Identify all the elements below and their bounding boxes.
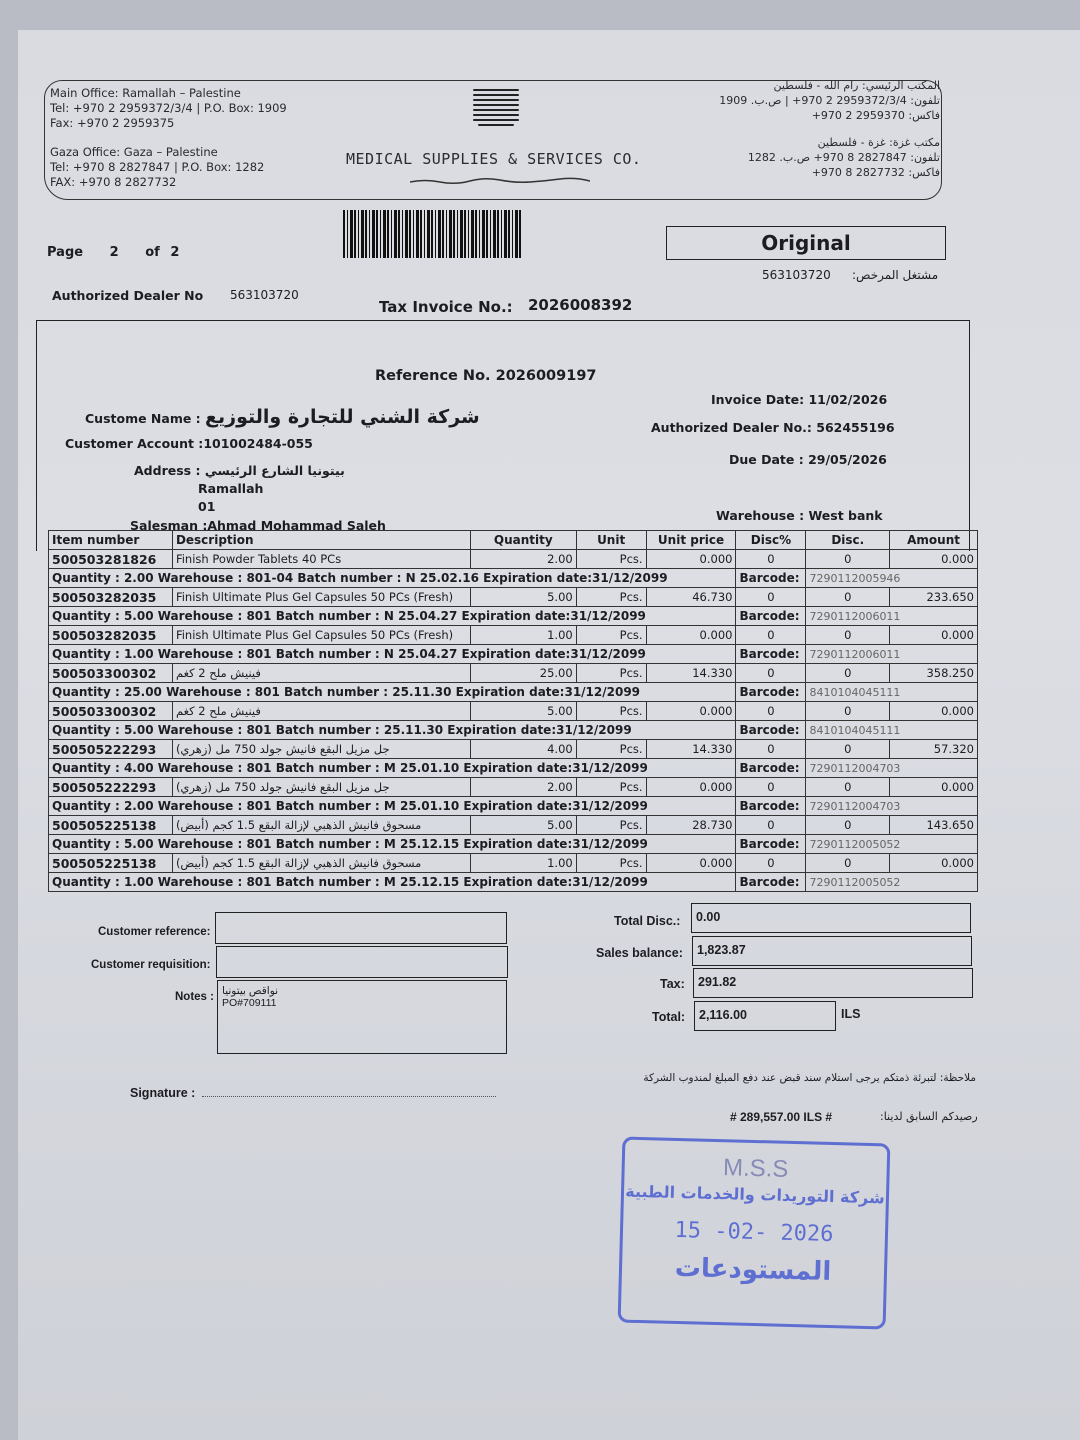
- address-label: Address :: [134, 463, 200, 478]
- column-header: Disc%: [736, 531, 806, 550]
- sales-balance-label: Sales balance:: [596, 946, 683, 960]
- gaza-fax-en: FAX: +970 8 2827732: [50, 175, 287, 190]
- stamp-abbr: M.S.S: [624, 1152, 887, 1187]
- item-unit-price: 0.000: [646, 854, 736, 873]
- item-unit: Pcs.: [576, 588, 646, 607]
- item-disc: 0: [806, 588, 890, 607]
- item-disc-pct: 0: [736, 816, 806, 835]
- item-number: 500505225138: [49, 816, 173, 835]
- tax-invoice-number: 2026008392: [528, 296, 632, 314]
- main-tel-ar: تلفون: 2959372/3/4 2 970+ | ص.ب. 1909: [680, 93, 940, 108]
- customer-account-row: Customer Account :101002484-055: [65, 436, 313, 451]
- table-row-meta: Quantity : 5.00 Warehouse : 801 Batch nu…: [49, 835, 978, 854]
- item-number: 500503300302: [49, 664, 173, 683]
- item-description: فينيش ملح 2 كغم: [172, 664, 470, 683]
- customer-requisition-field: [216, 946, 508, 978]
- item-disc: 0: [806, 626, 890, 645]
- barcode-label: Barcode:: [736, 607, 806, 626]
- table-row-meta: Quantity : 5.00 Warehouse : 801 Batch nu…: [49, 607, 978, 626]
- item-disc: 0: [806, 778, 890, 797]
- item-unit-price: 0.000: [646, 550, 736, 569]
- decorative-underline: [410, 176, 590, 186]
- letterhead-english: Main Office: Ramallah – Palestine Tel: +…: [50, 86, 287, 190]
- currency-label: ILS: [841, 1007, 860, 1021]
- item-barcode: 7290112005946: [806, 569, 978, 588]
- invoice-date-value: 11/02/2026: [808, 392, 887, 407]
- item-number: 500503282035: [49, 626, 173, 645]
- auth-dealer-row: Authorized Dealer No.: 562455196: [651, 420, 895, 435]
- item-unit-price: 14.330: [646, 740, 736, 759]
- table-row: 500503300302فينيش ملح 2 كغم25.00Pcs.14.3…: [49, 664, 978, 683]
- signature-line: [202, 1096, 496, 1097]
- item-barcode: 7290112005052: [806, 835, 978, 854]
- item-unit-price: 0.000: [646, 778, 736, 797]
- column-header: Quantity: [470, 531, 576, 550]
- stamp-company-ar: شركة التوريدات والخدمات الطبية: [624, 1182, 886, 1208]
- invoice-barcode: [343, 210, 523, 258]
- barcode-label: Barcode:: [736, 797, 806, 816]
- letterhead-arabic: المكتب الرئيسي: رام الله - فلسطين تلفون:…: [680, 78, 940, 180]
- address-line2: Ramallah: [198, 481, 263, 496]
- item-unit: Pcs.: [576, 550, 646, 569]
- address-row: Address : بيتونيا الشارع الرئيسي: [134, 463, 345, 478]
- item-batch-info: Quantity : 2.00 Warehouse : 801-04 Batch…: [49, 569, 736, 588]
- company-logo-icon: [473, 86, 519, 142]
- reference-number: Reference No. 2026009197: [375, 368, 597, 384]
- customer-requisition-label: Customer requisition:: [91, 959, 210, 971]
- item-disc: 0: [806, 702, 890, 721]
- page-current: 2: [110, 245, 119, 260]
- page-of-label: of: [145, 245, 160, 260]
- main-tel-en: Tel: +970 2 2959372/3/4 | P.O. Box: 1909: [50, 101, 287, 116]
- item-unit: Pcs.: [576, 816, 646, 835]
- notes-line1: نواقص بيتونيا: [222, 985, 502, 997]
- item-description: جل مزيل البقع فانيش جولد 750 مل (زهري): [172, 740, 470, 759]
- signature-label: Signature :: [130, 1086, 195, 1100]
- sales-balance-value: 1,823.87: [692, 936, 972, 966]
- item-disc: 0: [806, 550, 890, 569]
- licensed-dealer-value: 563103720: [762, 268, 831, 282]
- copy-type-badge: Original: [666, 226, 946, 260]
- item-number: 500503282035: [49, 588, 173, 607]
- gaza-office-ar: مكتب غزة: غزة - فلسطين: [680, 135, 940, 150]
- item-description: Finish Ultimate Plus Gel Capsules 50 PCs…: [172, 626, 470, 645]
- page-label: Page: [47, 245, 83, 260]
- item-unit-price: 28.730: [646, 816, 736, 835]
- item-unit: Pcs.: [576, 740, 646, 759]
- item-unit: Pcs.: [576, 702, 646, 721]
- invoice-date-label: Invoice Date:: [711, 392, 804, 407]
- item-disc: 0: [806, 664, 890, 683]
- item-quantity: 5.00: [470, 588, 576, 607]
- item-amount: 0.000: [890, 702, 978, 721]
- item-disc-pct: 0: [736, 702, 806, 721]
- item-unit: Pcs.: [576, 664, 646, 683]
- item-description: جل مزيل البقع فانيش جولد 750 مل (زهري): [172, 778, 470, 797]
- table-row: 500503282035Finish Ultimate Plus Gel Cap…: [49, 626, 978, 645]
- authorized-dealer-value: 563103720: [230, 288, 299, 302]
- item-disc: 0: [806, 854, 890, 873]
- item-barcode: 7290112004703: [806, 797, 978, 816]
- tax-invoice-label: Tax Invoice No.:: [379, 298, 513, 316]
- item-barcode: 7290112004703: [806, 759, 978, 778]
- item-description: مسحوق فانيش الذهبي لإزالة البقع 1.5 كجم …: [172, 816, 470, 835]
- item-disc-pct: 0: [736, 664, 806, 683]
- column-header: Disc.: [806, 531, 890, 550]
- page-total: 2: [170, 245, 179, 260]
- table-row-meta: Quantity : 4.00 Warehouse : 801 Batch nu…: [49, 759, 978, 778]
- item-number: 500503281826: [49, 550, 173, 569]
- item-quantity: 5.00: [470, 816, 576, 835]
- item-number: 500505225138: [49, 854, 173, 873]
- table-row: 500503282035Finish Ultimate Plus Gel Cap…: [49, 588, 978, 607]
- main-office-ar: المكتب الرئيسي: رام الله - فلسطين: [680, 78, 940, 93]
- item-quantity: 2.00: [470, 550, 576, 569]
- due-date-label: Due Date :: [729, 452, 804, 467]
- item-batch-info: Quantity : 5.00 Warehouse : 801 Batch nu…: [49, 835, 736, 854]
- notes-label: Notes :: [175, 991, 214, 1003]
- item-disc-pct: 0: [736, 854, 806, 873]
- customer-reference-field: [215, 912, 507, 944]
- table-header-row: Item numberDescriptionQuantityUnitUnit p…: [49, 531, 978, 550]
- item-description: فينيش ملح 2 كغم: [172, 702, 470, 721]
- notes-field: نواقص بيتونيا PO#709111: [217, 980, 507, 1054]
- item-barcode: 8410104045111: [806, 683, 978, 702]
- item-amount: 233.650: [890, 588, 978, 607]
- item-disc-pct: 0: [736, 588, 806, 607]
- item-disc-pct: 0: [736, 740, 806, 759]
- gaza-tel-ar: تلفون: 2827847 8 970+ ص.ب. 1282: [680, 150, 940, 165]
- item-description: Finish Ultimate Plus Gel Capsules 50 PCs…: [172, 588, 470, 607]
- item-amount: 0.000: [890, 778, 978, 797]
- table-row-meta: Quantity : 2.00 Warehouse : 801 Batch nu…: [49, 797, 978, 816]
- item-unit-price: 0.000: [646, 702, 736, 721]
- stamp-date: 15 -02- 2026: [623, 1217, 886, 1249]
- payment-notice-ar: ملاحظة: لتبرئة ذمتكم يرجى استلام سند قبض…: [640, 1072, 976, 1084]
- item-number: 500503300302: [49, 702, 173, 721]
- previous-balance-value: # 289,557.00 ILS #: [730, 1110, 832, 1124]
- item-number: 500505222293: [49, 778, 173, 797]
- item-batch-info: Quantity : 5.00 Warehouse : 801 Batch nu…: [49, 721, 736, 740]
- barcode-label: Barcode:: [736, 645, 806, 664]
- invoice-date-row: Invoice Date: 11/02/2026: [711, 392, 887, 407]
- barcode-label: Barcode:: [736, 835, 806, 854]
- due-date-value: 29/05/2026: [808, 452, 887, 467]
- item-quantity: 1.00: [470, 626, 576, 645]
- item-disc: 0: [806, 816, 890, 835]
- item-unit-price: 46.730: [646, 588, 736, 607]
- auth-dealer-value: 562455196: [816, 420, 894, 435]
- table-row: 500505222293جل مزيل البقع فانيش جولد 750…: [49, 740, 978, 759]
- item-batch-info: Quantity : 5.00 Warehouse : 801 Batch nu…: [49, 607, 736, 626]
- item-disc-pct: 0: [736, 550, 806, 569]
- barcode-label: Barcode:: [736, 873, 806, 892]
- barcode-label: Barcode:: [736, 569, 806, 588]
- authorized-dealer-label: Authorized Dealer No: [52, 288, 203, 303]
- tax-label: Tax:: [660, 977, 685, 991]
- item-unit: Pcs.: [576, 854, 646, 873]
- item-quantity: 4.00: [470, 740, 576, 759]
- gaza-fax-ar: فاكس: 2827732 8 970+: [680, 165, 940, 180]
- table-row-meta: Quantity : 5.00 Warehouse : 801 Batch nu…: [49, 721, 978, 740]
- customer-account-value: 101002484-055: [203, 436, 313, 451]
- warehouse-value: West bank: [808, 508, 882, 523]
- table-row-meta: Quantity : 1.00 Warehouse : 801 Batch nu…: [49, 873, 978, 892]
- item-quantity: 25.00: [470, 664, 576, 683]
- customer-reference-label: Customer reference:: [98, 926, 210, 938]
- table-row: 500503281826Finish Powder Tablets 40 PCs…: [49, 550, 978, 569]
- item-unit-price: 14.330: [646, 664, 736, 683]
- address-line3: 01: [198, 499, 215, 514]
- table-row: 500505225138مسحوق فانيش الذهبي لإزالة ال…: [49, 816, 978, 835]
- gaza-office-en: Gaza Office: Gaza – Palestine: [50, 145, 287, 160]
- item-quantity: 2.00: [470, 778, 576, 797]
- item-amount: 143.650: [890, 816, 978, 835]
- item-unit: Pcs.: [576, 626, 646, 645]
- main-fax-en: Fax: +970 2 2959375: [50, 116, 287, 131]
- customer-name-row: Custome Name : شركة الشني للتجارة والتوز…: [85, 406, 480, 428]
- item-batch-info: Quantity : 1.00 Warehouse : 801 Batch nu…: [49, 873, 736, 892]
- table-row: 500503300302فينيش ملح 2 كغم5.00Pcs.0.000…: [49, 702, 978, 721]
- reference-value: 2026009197: [496, 368, 597, 384]
- table-row-meta: Quantity : 25.00 Warehouse : 801 Batch n…: [49, 683, 978, 702]
- item-disc-pct: 0: [736, 626, 806, 645]
- item-quantity: 1.00: [470, 854, 576, 873]
- tax-value: 291.82: [693, 968, 973, 998]
- gaza-tel-en: Tel: +970 8 2827847 | P.O. Box: 1282: [50, 160, 287, 175]
- main-office-en: Main Office: Ramallah – Palestine: [50, 86, 287, 101]
- auth-dealer-label: Authorized Dealer No.:: [651, 420, 812, 435]
- due-date-row: Due Date : 29/05/2026: [729, 452, 887, 467]
- licensed-dealer-label-ar: مشتغل المرخص:: [852, 268, 938, 282]
- table-row: 500505222293جل مزيل البقع فانيش جولد 750…: [49, 778, 978, 797]
- item-description: مسحوق فانيش الذهبي لإزالة البقع 1.5 كجم …: [172, 854, 470, 873]
- item-barcode: 7290112005052: [806, 873, 978, 892]
- column-header: Description: [172, 531, 470, 550]
- customer-name-label: Custome Name :: [85, 411, 201, 426]
- customer-account-label: Customer Account :: [65, 436, 203, 451]
- stamp-dept-ar: المستودعات: [622, 1252, 885, 1289]
- item-amount: 358.250: [890, 664, 978, 683]
- page-indicator: Page 2 of 2: [47, 245, 179, 260]
- table-row: 500505225138مسحوق فانيش الذهبي لإزالة ال…: [49, 854, 978, 873]
- total-label: Total:: [652, 1010, 685, 1024]
- total-disc-value: 0.00: [691, 903, 971, 933]
- warehouse-row: Warehouse : West bank: [716, 508, 883, 523]
- item-description: Finish Powder Tablets 40 PCs: [172, 550, 470, 569]
- item-barcode: 7290112006011: [806, 607, 978, 626]
- item-amount: 0.000: [890, 626, 978, 645]
- barcode-label: Barcode:: [736, 721, 806, 740]
- company-name: MEDICAL SUPPLIES & SERVICES CO.: [346, 150, 641, 168]
- item-batch-info: Quantity : 2.00 Warehouse : 801 Batch nu…: [49, 797, 736, 816]
- item-barcode: 8410104045111: [806, 721, 978, 740]
- barcode-label: Barcode:: [736, 683, 806, 702]
- item-disc-pct: 0: [736, 778, 806, 797]
- total-disc-label: Total Disc.:: [614, 914, 680, 928]
- column-header: Unit: [576, 531, 646, 550]
- table-row-meta: Quantity : 1.00 Warehouse : 801 Batch nu…: [49, 645, 978, 664]
- notes-line2: PO#709111: [222, 997, 502, 1009]
- item-disc: 0: [806, 740, 890, 759]
- items-table: Item numberDescriptionQuantityUnitUnit p…: [48, 530, 978, 892]
- item-amount: 57.320: [890, 740, 978, 759]
- table-row-meta: Quantity : 2.00 Warehouse : 801-04 Batch…: [49, 569, 978, 588]
- item-number: 500505222293: [49, 740, 173, 759]
- item-barcode: 7290112006011: [806, 645, 978, 664]
- column-header: Amount: [890, 531, 978, 550]
- item-batch-info: Quantity : 4.00 Warehouse : 801 Batch nu…: [49, 759, 736, 778]
- item-unit: Pcs.: [576, 778, 646, 797]
- barcode-label: Barcode:: [736, 759, 806, 778]
- item-quantity: 5.00: [470, 702, 576, 721]
- item-batch-info: Quantity : 25.00 Warehouse : 801 Batch n…: [49, 683, 736, 702]
- previous-balance-label-ar: رصيدكم السابق لدينا:: [880, 1110, 978, 1123]
- main-fax-ar: فاكس: 2959370 2 970+: [680, 108, 940, 123]
- customer-name-value: شركة الشني للتجارة والتوزيع: [205, 406, 480, 428]
- item-amount: 0.000: [890, 854, 978, 873]
- column-header: Unit price: [646, 531, 736, 550]
- warehouse-label: Warehouse :: [716, 508, 804, 523]
- address-line1: بيتونيا الشارع الرئيسي: [205, 463, 345, 478]
- reference-label: Reference No.: [375, 368, 491, 384]
- warehouse-stamp: M.S.S شركة التوريدات والخدمات الطبية 15 …: [618, 1137, 891, 1330]
- item-batch-info: Quantity : 1.00 Warehouse : 801 Batch nu…: [49, 645, 736, 664]
- item-amount: 0.000: [890, 550, 978, 569]
- total-value: 2,116.00: [694, 1001, 836, 1031]
- column-header: Item number: [49, 531, 173, 550]
- item-unit-price: 0.000: [646, 626, 736, 645]
